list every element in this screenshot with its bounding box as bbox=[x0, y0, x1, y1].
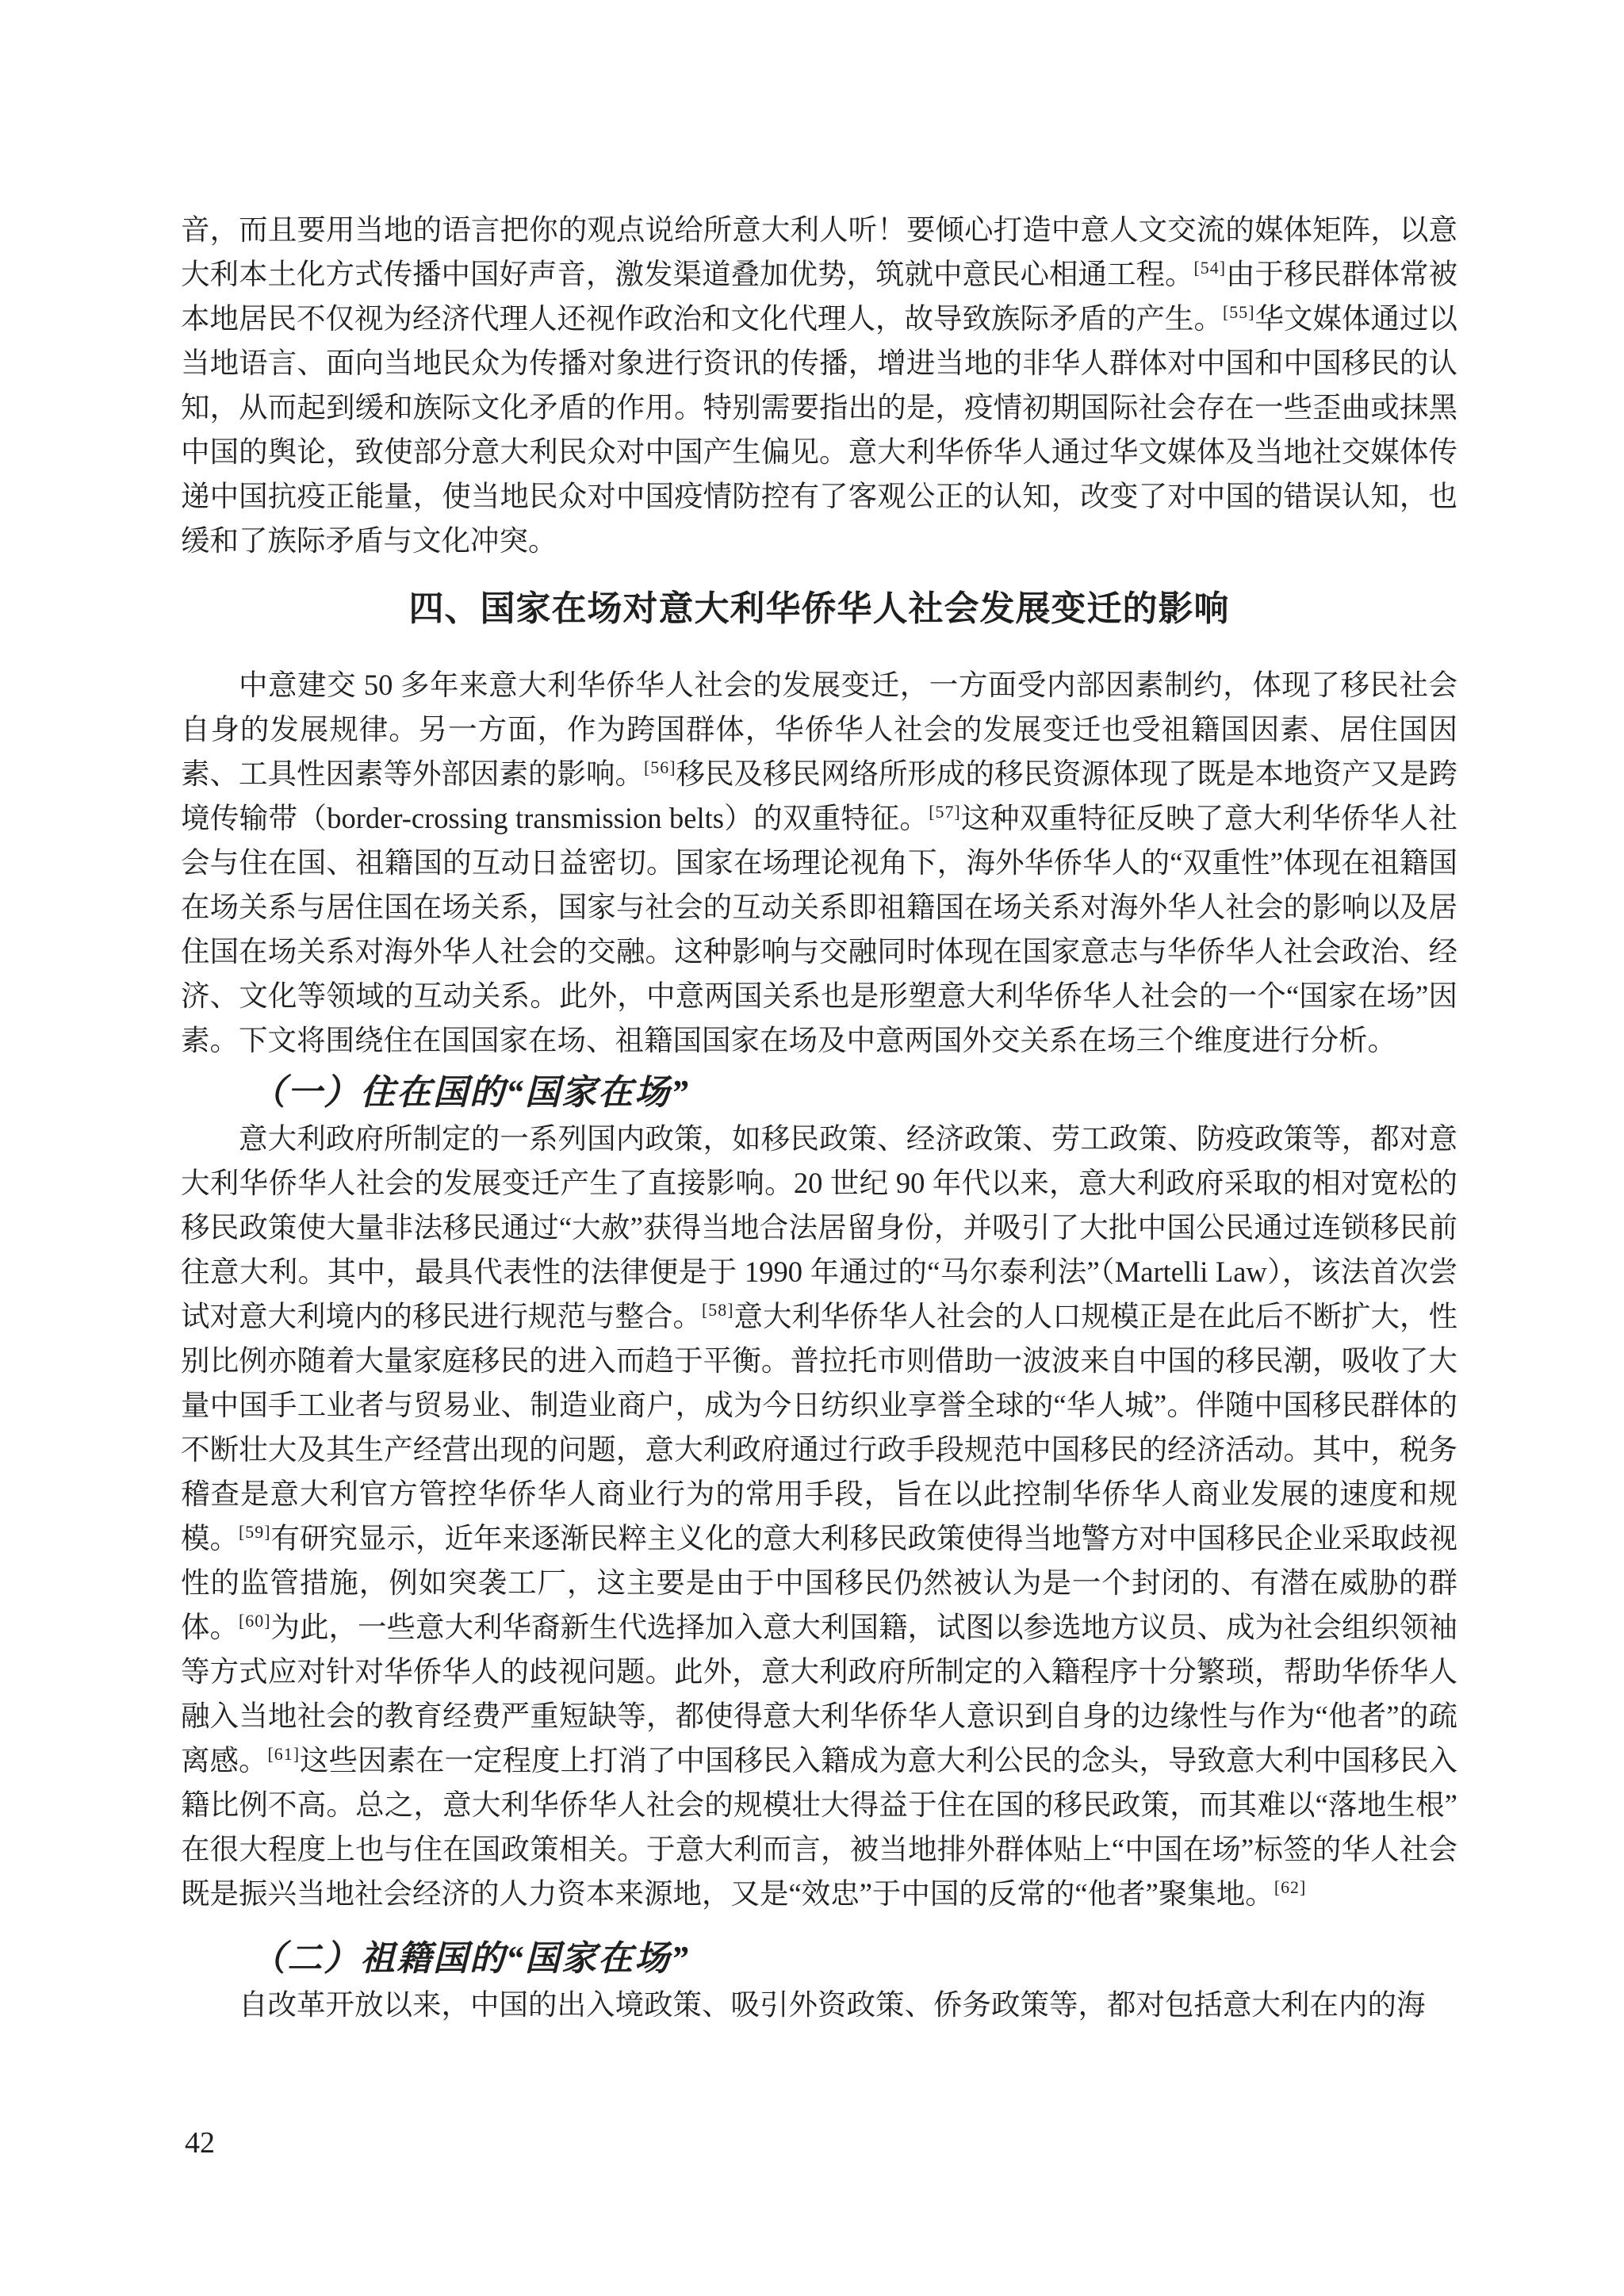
footnote-reference: [55] bbox=[1223, 302, 1254, 322]
footnote-reference: [56] bbox=[644, 757, 676, 777]
footnote-reference: [54] bbox=[1194, 258, 1226, 278]
document-page: 音，而且要用当地的语言把你的观点说给所意大利人听！要倾心打造中意人文交流的媒体矩… bbox=[0, 0, 1624, 2296]
body-paragraph: 自改革开放以来，中国的出入境政策、吸引外资政策、侨务政策等，都对包括意大利在内的… bbox=[181, 1983, 1457, 2027]
body-paragraph: 中意建交 50 多年来意大利华侨华人社会的发展变迁，一方面受内部因素制约，体现了… bbox=[181, 663, 1457, 1063]
section-heading: 四、国家在场对意大利华侨华人社会发展变迁的影响 bbox=[181, 585, 1457, 633]
footnote-reference: [60] bbox=[239, 1611, 270, 1631]
subsection-heading: （二）祖籍国的“国家在场” bbox=[181, 1935, 1457, 1983]
footnote-reference: [58] bbox=[702, 1300, 733, 1320]
body-paragraph: 意大利政府所制定的一系列国内政策，如移民政策、经济政策、劳工政策、防疫政策等，都… bbox=[181, 1117, 1457, 1916]
footnote-reference: [61] bbox=[268, 1744, 300, 1764]
body-paragraph: 音，而且要用当地的语言把你的观点说给所意大利人听！要倾心打造中意人文交流的媒体矩… bbox=[181, 208, 1457, 563]
footnote-reference: [57] bbox=[929, 802, 960, 822]
footnote-reference: [62] bbox=[1274, 1877, 1306, 1897]
footnote-reference: [59] bbox=[239, 1522, 270, 1542]
page-number: 42 bbox=[185, 2125, 215, 2160]
page-body: 音，而且要用当地的语言把你的观点说给所意大利人听！要倾心打造中意人文交流的媒体矩… bbox=[181, 208, 1457, 2027]
subsection-heading: （一）住在国的“国家在场” bbox=[181, 1069, 1457, 1117]
